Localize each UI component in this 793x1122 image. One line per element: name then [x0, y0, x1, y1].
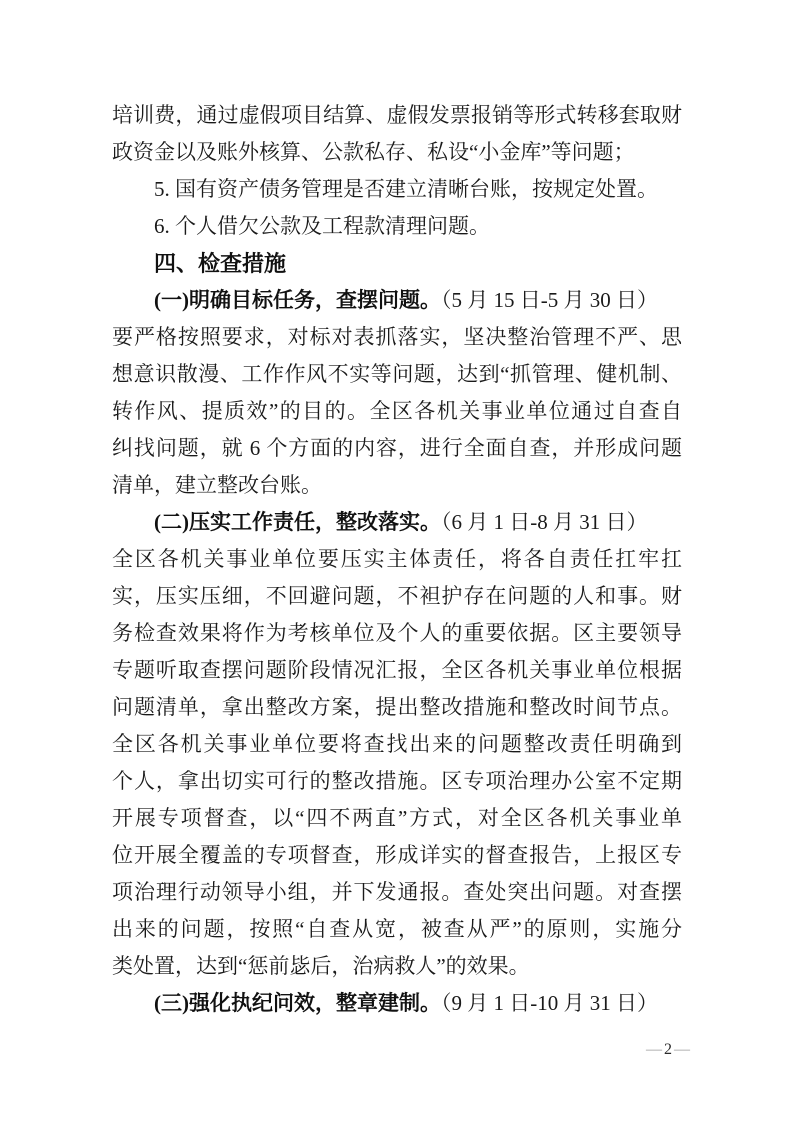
document-page: 培训费，通过虚假项目结算、虚假发票报销等形式转移套取财政资金以及账外核算、公款私…: [0, 0, 793, 1122]
subsection-date-range: （5 月 15 日-5 月 30 日）: [441, 288, 658, 312]
document-body: 培训费，通过虚假项目结算、虚假发票报销等形式转移套取财政资金以及账外核算、公款私…: [112, 97, 682, 1022]
text-line: 实，压实压细，不回避问题，不袒护存在问题的人和事。财: [112, 578, 682, 615]
text-line: 纠找问题，就 6 个方面的内容，进行全面自查，并形成问题: [112, 430, 682, 467]
text-line: 想意识散漫、工作作风不实等问题，达到“抓管理、健机制、: [112, 356, 682, 393]
text-line: 务检查效果将作为考核单位及个人的重要依据。区主要领导: [112, 615, 682, 652]
subsection-title: (一)明确目标任务，查摆问题。: [154, 288, 441, 312]
page-number: 2: [664, 1041, 672, 1058]
text-line: 个人，拿出切实可行的整改措施。区专项治理办公室不定期: [112, 763, 682, 800]
text-line: 项治理行动领导小组，并下发通报。查处突出问题。对查摆: [112, 874, 682, 911]
text-line: 位开展全覆盖的专项督查，形成详实的督查报告，上报区专: [112, 837, 682, 874]
subsection-title: (二)压实工作责任，整改落实。: [154, 510, 441, 534]
subsection-heading: (一)明确目标任务，查摆问题。（5 月 15 日-5 月 30 日）: [112, 282, 682, 319]
footer-dash-left: —: [646, 1041, 662, 1058]
text-line: 政资金以及账外核算、公款私存、私设“小金库”等问题；: [112, 134, 682, 171]
text-line: 全区各机关事业单位要压实主体责任，将各自责任扛牢扛: [112, 541, 682, 578]
page-footer: —2—: [646, 1040, 690, 1060]
text-line: 类处置，达到“惩前毖后，治病救人”的效果。: [112, 948, 682, 985]
text-line: 开展专项督查，以“四不两直”方式，对全区各机关事业单: [112, 800, 682, 837]
text-line: 要严格按照要求，对标对表抓落实，坚决整治管理不严、思: [112, 319, 682, 356]
text-line: 专题听取查摆问题阶段情况汇报，全区各机关事业单位根据: [112, 652, 682, 689]
text-line: 5. 国有资产债务管理是否建立清晰台账，按规定处置。: [112, 171, 682, 208]
subsection-date-range: （6 月 1 日-8 月 31 日）: [441, 510, 648, 534]
section-heading: 四、检查措施: [112, 245, 682, 282]
text-line: 问题清单，拿出整改方案，提出整改措施和整改时间节点。: [112, 689, 682, 726]
subsection-heading: (三)强化执纪问效，整章建制。（9 月 1 日-10 月 31 日）: [112, 985, 682, 1022]
text-line: 清单，建立整改台账。: [112, 467, 682, 504]
subsection-title: (三)强化执纪问效，整章建制。: [154, 991, 441, 1015]
text-line: 培训费，通过虚假项目结算、虚假发票报销等形式转移套取财: [112, 97, 682, 134]
text-line: 转作风、提质效”的目的。全区各机关事业单位通过自查自: [112, 393, 682, 430]
footer-dash-right: —: [674, 1041, 690, 1058]
subsection-date-range: （9 月 1 日-10 月 31 日）: [441, 991, 658, 1015]
text-line: 出来的问题，按照“自查从宽，被查从严”的原则，实施分: [112, 911, 682, 948]
text-line: 6. 个人借欠公款及工程款清理问题。: [112, 208, 682, 245]
subsection-heading: (二)压实工作责任，整改落实。（6 月 1 日-8 月 31 日）: [112, 504, 682, 541]
text-line: 全区各机关事业单位要将查找出来的问题整改责任明确到: [112, 726, 682, 763]
